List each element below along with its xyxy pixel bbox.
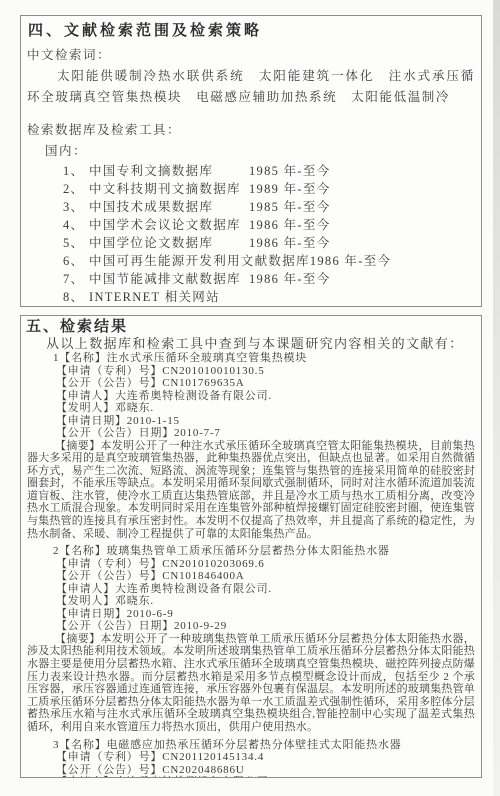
patent-field-line: 【发明人】邓晓东. xyxy=(56,595,476,608)
patent-field-line: 【公开（公告）号】CN101769635A xyxy=(56,377,476,390)
patent-record: 3【名称】电磁感应加热承压循环分层蓄热分体壁挂式太阳能热水器 【申请（专利）号】… xyxy=(26,739,476,779)
patent-field-list: 【申请（专利）号】CN201010203069.6 【公开（公告）号】CN101… xyxy=(26,558,476,633)
db-tools-label: 检索数据库及检索工具： xyxy=(27,120,475,141)
patent-field-list: 【申请（专利）号】CN201120145134.4 【公开（公告）号】CN202… xyxy=(26,751,476,778)
database-name: 中国学术会议论文数据库 xyxy=(89,216,249,234)
patent-field-line: 【公开（公告）日期】2010-7-7 xyxy=(56,427,476,440)
database-name: 中国节能减排文献数据库 xyxy=(89,270,249,288)
database-coverage-range: 1985 年-至今 xyxy=(249,164,331,178)
database-list-item: 3、中国技术成果数据库1985 年-至今 xyxy=(63,198,475,216)
patent-record-list: 1【名称】注水式承压循环全玻璃真空管集热模块 【申请（专利）号】CN201010… xyxy=(26,352,476,778)
section-scope-title: 四、文献检索范围及检索策略 xyxy=(28,21,475,41)
patent-field-line: 【公开（公告）号】CN202048686U xyxy=(56,764,476,777)
patent-title-line: 2【名称】玻璃集热管单工质承压循环分层蓄热分体太阳能热水器 xyxy=(53,545,476,558)
search-terms: 太阳能供暖制冷热水联供系统 太阳能建筑一体化 注水式承压循环全玻璃真空管集热模块… xyxy=(27,66,475,108)
database-list-item: 1、中国专利文摘数据库1985 年-至今 xyxy=(63,162,475,180)
database-coverage-range: 1985 年-至今 xyxy=(249,200,331,214)
patent-title-line: 3【名称】电磁感应加热承压循环分层蓄热分体壁挂式太阳能热水器 xyxy=(53,739,476,752)
database-name: 中国专利文摘数据库 xyxy=(89,162,249,180)
patent-abstract: 【摘要】本发明公开了一种注水式承压循环全玻璃真空管太阳能集热模块，目前集热器大多… xyxy=(27,440,475,541)
section-search-scope: 四、文献检索范围及检索策略 中文检索词： 太阳能供暖制冷热水联供系统 太阳能建筑… xyxy=(20,15,482,307)
database-number: 7、 xyxy=(63,270,89,288)
domestic-label: 国内： xyxy=(27,141,475,162)
patent-field-line: 【申请（专利）号】CN201120145134.4 xyxy=(56,751,476,764)
patent-field-line: 【公开（公告）号】CN101846400A xyxy=(56,570,476,583)
section-search-results: 五、检索结果 从以上数据库和检索工具中查到与本课题研究内容相关的文献有： 1【名… xyxy=(20,315,482,778)
database-number: 8、 xyxy=(63,288,89,306)
patent-record: 2【名称】玻璃集热管单工质承压循环分层蓄热分体太阳能热水器 【申请（专利）号】C… xyxy=(26,545,476,733)
database-name: 中国可再生能源开发利用文献数据库 xyxy=(89,252,310,270)
database-coverage-range: 1986 年-至今 xyxy=(249,218,331,232)
database-number: 2、 xyxy=(63,180,89,198)
patent-field-list: 【申请（专利）号】CN201010010130.5 【公开（公告）号】CN101… xyxy=(26,365,476,440)
database-name: 中国学位论文数据库 xyxy=(89,234,249,252)
database-coverage-range: 1989 年-至今 xyxy=(249,182,331,196)
database-number: 1、 xyxy=(63,162,89,180)
patent-field-line: 【申请日期】2010-6-9 xyxy=(56,608,476,621)
database-list-item: 8、INTERNET 相关网站 xyxy=(63,288,475,306)
patent-field-line: 【申请人】大连希奥特检测设备有限公司. xyxy=(56,776,476,778)
patent-field-line: 【公开（公告）日期】2010-9-29 xyxy=(56,620,476,633)
database-list-item: 5、中国学位论文数据库1986 年-至今 xyxy=(63,234,475,252)
patent-field-line: 【申请人】大连希奥特检测设备有限公司. xyxy=(56,390,476,403)
database-number: 5、 xyxy=(63,234,89,252)
database-list-item: 7、中国节能减排文献数据库1986 年-至今 xyxy=(63,270,475,288)
patent-field-line: 【申请（专利）号】CN201010203069.6 xyxy=(56,558,476,571)
results-intro-text: 从以上数据库和检索工具中查到与本课题研究内容相关的文献有： xyxy=(46,336,476,351)
section-results-title: 五、检索结果 xyxy=(26,319,476,336)
database-list: 1、中国专利文摘数据库1985 年-至今 2、中文科技期刊文摘数据库1989 年… xyxy=(27,162,475,306)
database-name: INTERNET 相关网站 xyxy=(89,288,249,306)
database-coverage-range: 1986 年-至今 xyxy=(249,236,331,250)
database-coverage-range: 1986 年-至今 xyxy=(310,254,392,268)
database-name: 中文科技期刊文摘数据库 xyxy=(89,180,249,198)
database-list-item: 6、中国可再生能源开发利用文献数据库1986 年-至今 xyxy=(63,252,475,270)
patent-field-line: 【申请日期】2010-1-15 xyxy=(56,415,476,428)
database-number: 6、 xyxy=(63,252,89,270)
database-list-item: 4、中国学术会议论文数据库1986 年-至今 xyxy=(63,216,475,234)
chinese-terms-label: 中文检索词： xyxy=(27,45,475,66)
patent-field-line: 【发明人】邓晓东. xyxy=(56,402,476,415)
patent-field-line: 【申请（专利）号】CN201010010130.5 xyxy=(56,365,476,378)
database-coverage-range: 1986 年-至今 xyxy=(249,272,331,286)
patent-title-line: 1【名称】注水式承压循环全玻璃真空管集热模块 xyxy=(53,352,476,365)
database-name: 中国技术成果数据库 xyxy=(89,198,249,216)
patent-abstract: 【摘要】本发明公开了一种玻璃集热管单工质承压循环分层蓄热分体太阳能热水器，涉及太… xyxy=(27,633,475,734)
database-number: 3、 xyxy=(63,198,89,216)
patent-record: 1【名称】注水式承压循环全玻璃真空管集热模块 【申请（专利）号】CN201010… xyxy=(26,352,476,540)
patent-field-line: 【申请人】大连希奥特检测设备有限公司. xyxy=(56,583,476,596)
database-list-item: 2、中文科技期刊文摘数据库1989 年-至今 xyxy=(63,180,475,198)
database-number: 4、 xyxy=(63,216,89,234)
scan-edge-shadow xyxy=(493,0,500,796)
